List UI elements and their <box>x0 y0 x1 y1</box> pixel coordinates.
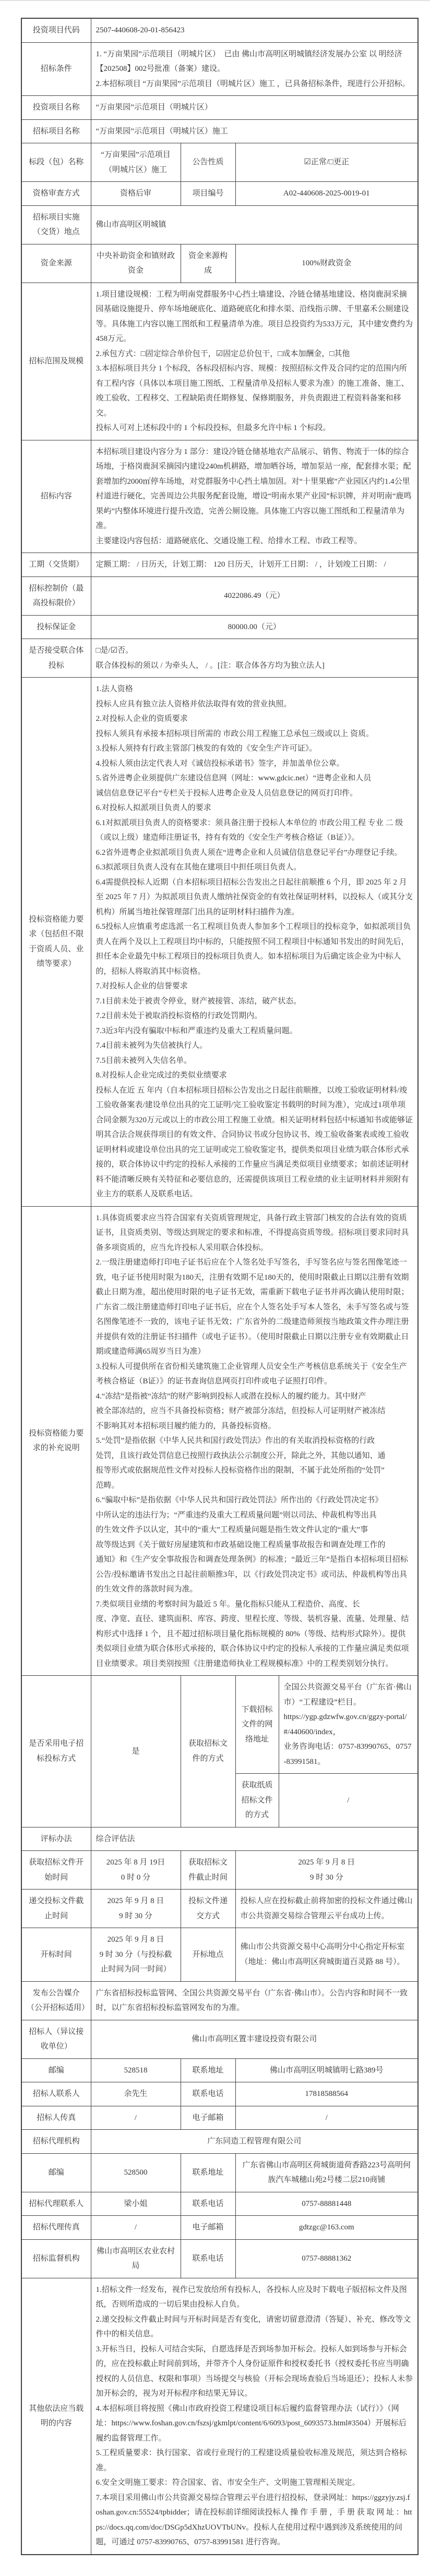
tenderer-contact-label: 联系电话 <box>181 2082 235 2106</box>
tender-content-row: 招标内容本招标项目建设内容分为 1 部分：建设冷链仓储基地农产品展示、销售、物流… <box>21 440 418 553</box>
tenderer-value: 佛山市高明区置丰建设投资有限公司 <box>91 2020 418 2058</box>
tenderer-postcode-value: 佛山市高明区明城镇明七路389号 <box>235 2058 418 2082</box>
document-obtain-time-row: 获取招标文件开始时间2025 年 8 月 19日 0 时 0 分获取招标文件截止… <box>21 1851 418 1890</box>
tenderer-contact-value: 余先生 <box>91 2082 181 2106</box>
agency-fax-label: 招标代理传真 <box>21 2216 91 2240</box>
electronic-bidding-value: 全国公共资源交易平台（广东省·佛山市）“工程建设”栏目。 https://ygp… <box>279 1676 418 1774</box>
tenderer-row: 招标人（异议接收单位）佛山市高明区置丰建设投资有限公司 <box>21 2020 418 2058</box>
bid-security-row: 投标保证金80000.00（元） <box>21 615 418 639</box>
tender-scope-scale-label: 招标范围及规模 <box>21 283 91 440</box>
tender-conditions-value: 1. “万亩果园”示范项目（明城片区） 已由 佛山市高明区明城镇经济发展办公室 … <box>91 42 418 96</box>
tender-agency-row: 招标代理机构广东同造工程管理有限公司 <box>21 2130 418 2154</box>
paper-tender-document-label: 获取纸质招标文件的方式 <box>235 1774 279 1827</box>
tenderer-fax-value: / <box>91 2106 181 2130</box>
page-top-divider <box>0 0 430 1</box>
qualification-review-method-label: 项目编号 <box>181 182 235 206</box>
tender-conditions-row: 招标条件1. “万亩果园”示范项目（明城片区） 已由 佛山市高明区明城镇经济发展… <box>21 42 418 96</box>
bid-opening-value: 佛山市公共资源交易中心高明分中心指定开标室（地址：佛山市高明区荷城街道百灵路 8… <box>235 1928 418 1982</box>
investment-project-name-row: 投资项目名称“万亩果园”示范项目（明城片区） <box>21 96 418 120</box>
qualification-review-method-value: A02-440608-2025-0019-01 <box>235 182 418 206</box>
construction-period-label: 工期（交货期） <box>21 553 91 577</box>
document-obtain-time-value: 2025 年 9 月 8 日 9 时 30 分 <box>235 1851 418 1890</box>
tenderer-contact-row: 招标人联系人余先生联系电话17818588564 <box>21 2082 418 2106</box>
fund-source-label: 资金来源构成 <box>181 244 235 283</box>
bid-section-name-value: ☑正常/□更正 <box>235 143 418 182</box>
bid-section-name-value: “万亩果园”示范项目（明城片区）施工 <box>91 143 181 182</box>
announcement-media-label: 发布公告媒介（公开招标适用） <box>21 1981 91 2020</box>
bid-submission-deadline-row: 递交投标文件截止时间2025 年 9 月 8 日 9 时 30 分投标文件递交方… <box>21 1890 418 1928</box>
agency-contact-row: 招标代理联系人梁小姐联系电话0757-88881448 <box>21 2192 418 2216</box>
bid-submission-deadline-label: 投标文件递交方式 <box>181 1890 235 1928</box>
agency-fax-label: 电子邮箱 <box>181 2216 235 2240</box>
bid-opening-row: 开标时间2025 年 9 月 8 日 9 时 30 分（与投标截止时间为同一时间… <box>21 1928 418 1982</box>
evaluation-method-label: 评标办法 <box>21 1827 91 1851</box>
bid-opening-label: 开标时间 <box>21 1928 91 1982</box>
electronic-bidding-row: 是否采用电子招标投标方式是获取招标文件的方式下载招标文件的网络地址全国公共资源交… <box>21 1676 418 1774</box>
agency-fax-row: 招标代理传真/电子邮箱gdtzgc@163.com <box>21 2216 418 2240</box>
bidder-qualification-requirements-value: 1.法人资格 投标人应具有独立法人资格并依法取得有效的营业执照。 2.对投标人企… <box>91 678 418 1207</box>
agency-contact-value: 梁小姐 <box>91 2192 181 2216</box>
construction-period-value: 定额工期： / 日历天，计划工期： 120 日历天，计划开工日期： / ，计划竣… <box>91 553 418 577</box>
fund-source-row: 资金来源中央补助资金和镇财政资金资金来源构成100%财政资金 <box>21 244 418 283</box>
qualification-review-method-label: 资格审查方式 <box>21 182 91 206</box>
tender-project-name-value: “万亩果园”示范项目（明城片区）施工 <box>91 119 418 143</box>
agency-postcode-row: 邮编528500联系地址广东省佛山市高明区荷城街道荷香路223号高明何族汽车城穗… <box>21 2153 418 2192</box>
qualification-supplementary-notes-label: 投标资格能力要求的补充说明 <box>21 1206 91 1676</box>
qualification-review-method-row: 资格审查方式资格后审项目编号A02-440608-2025-0019-01 <box>21 182 418 206</box>
tender-scope-scale-value: 1.项目建设规模：工程为明南党群服务中心挡土墙建设、冷链仓储基地建设、格岗鹿洞采… <box>91 283 418 440</box>
bid-section-name-label: 标段（包）名称 <box>21 143 91 182</box>
agency-fax-value: gdtzgc@163.com <box>235 2216 418 2240</box>
tender-project-name-label: 招标项目名称 <box>21 119 91 143</box>
agency-postcode-value: 528500 <box>91 2153 181 2192</box>
agency-postcode-label: 联系地址 <box>181 2153 235 2192</box>
investment-project-code-label: 投资项目代码 <box>21 18 91 42</box>
bid-section-name-label: 公告性质 <box>181 143 235 182</box>
supervision-agency-value: 佛山市高明区农业农村局 <box>91 2239 181 2278</box>
tenderer-fax-row: 招标人传真/电子邮箱/ <box>21 2106 418 2130</box>
consortium-accepted-row: 是否接受联合体投标□是/☑否。 联合体投标的须以 / 为牵头人， / 。[注：联… <box>21 639 418 678</box>
bid-security-value: 80000.00（元） <box>91 615 418 639</box>
tender-agency-value: 广东同造工程管理有限公司 <box>91 2130 418 2154</box>
bid-opening-value: 2025 年 9 月 8 日 9 时 30 分（与投标截止时间为同一时间） <box>91 1928 181 1982</box>
investment-project-name-label: 投资项目名称 <box>21 96 91 120</box>
announcement-media-value: 广东省招标投标监管网、全国公共资源交易平台（广东省·佛山市）。公告内容和时间不一… <box>91 1981 418 2020</box>
tenderer-postcode-label: 联系地址 <box>181 2058 235 2082</box>
project-location-row: 招标项目实施（交货）地点佛山市高明区明城镇 <box>21 205 418 244</box>
investment-project-code-row: 投资项目代码2507-440608-20-01-856423 <box>21 18 418 42</box>
qualification-review-method-value: 资格后审 <box>91 182 181 206</box>
consortium-accepted-value: □是/☑否。 联合体投标的须以 / 为牵头人， / 。[注：联合体各方均为独立法… <box>91 639 418 678</box>
announcement-media-row: 发布公告媒介（公开招标适用）广东省招标投标监管网、全国公共资源交易平台（广东省·… <box>21 1981 418 2020</box>
tender-content-label: 招标内容 <box>21 440 91 553</box>
supervision-agency-label: 招标监督机构 <box>21 2239 91 2278</box>
investment-project-name-value: “万亩果园”示范项目（明城片区） <box>91 96 418 120</box>
announcement-table: 投资项目代码2507-440608-20-01-856423招标条件1. “万亩… <box>21 18 419 2555</box>
bidder-qualification-requirements-row: 投标资格能力要求（包括但不限于资质人员、业绩等要求）1.法人资格 投标人应具有独… <box>21 678 418 1207</box>
tender-control-price-label: 招标控制价（最高投标限价） <box>21 576 91 615</box>
evaluation-method-value: 综合评估法 <box>91 1827 418 1851</box>
agency-contact-value: 0757-88881448 <box>235 2192 418 2216</box>
tenderer-fax-label: 电子邮箱 <box>181 2106 235 2130</box>
other-legal-content-label: 其他依法应当载明的内容 <box>21 2278 91 2555</box>
project-location-value: 佛山市高明区明城镇 <box>91 205 418 244</box>
electronic-bidding-label: 获取招标文件的方式 <box>181 1676 235 1827</box>
paper-tender-document-value: / <box>279 1774 418 1827</box>
bid-opening-label: 开标地点 <box>181 1928 235 1982</box>
tender-agency-label: 招标代理机构 <box>21 2130 91 2154</box>
tenderer-contact-label: 招标人联系人 <box>21 2082 91 2106</box>
fund-source-value: 中央补助资金和镇财政资金 <box>91 244 181 283</box>
tender-scope-scale-row: 招标范围及规模1.项目建设规模：工程为明南党群服务中心挡土墙建设、冷链仓储基地建… <box>21 283 418 440</box>
electronic-bidding-label: 下载招标文件的网络地址 <box>235 1676 279 1774</box>
document-obtain-time-label: 获取招标文件开始时间 <box>21 1851 91 1890</box>
tender-project-name-row: 招标项目名称“万亩果园”示范项目（明城片区）施工 <box>21 119 418 143</box>
consortium-accepted-label: 是否接受联合体投标 <box>21 639 91 678</box>
bid-submission-deadline-value: 投标人应在投标截止前将加密的投标文件通过佛山市公共资源交易综合管理云平台成功上传… <box>235 1890 418 1928</box>
other-legal-content-value: 1.招标文件一经发布，视作已发放给所有投标人，各投标人应及时下载电子版招标文件及… <box>91 2278 418 2555</box>
tenderer-label: 招标人（异议接收单位） <box>21 2020 91 2058</box>
qualification-supplementary-notes-row: 投标资格能力要求的补充说明1.具体资质要求应当符合国家有关资质管理规定，具备行政… <box>21 1206 418 1676</box>
supervision-agency-label: 联系电话 <box>181 2239 235 2278</box>
tenderer-postcode-value: 528518 <box>91 2058 181 2082</box>
construction-period-row: 工期（交货期）定额工期： / 日历天，计划工期： 120 日历天，计划开工日期：… <box>21 553 418 577</box>
tenderer-postcode-label: 邮编 <box>21 2058 91 2082</box>
evaluation-method-row: 评标办法综合评估法 <box>21 1827 418 1851</box>
investment-project-code-value: 2507-440608-20-01-856423 <box>91 18 418 42</box>
document-obtain-time-value: 2025 年 8 月 19日 0 时 0 分 <box>91 1851 181 1890</box>
agency-contact-label: 联系电话 <box>181 2192 235 2216</box>
tender-control-price-value: 4022086.49（元） <box>91 576 418 615</box>
fund-source-value: 100%财政资金 <box>235 244 418 283</box>
agency-contact-label: 招标代理联系人 <box>21 2192 91 2216</box>
tenderer-contact-value: 17818588564 <box>235 2082 418 2106</box>
qualification-supplementary-notes-value: 1.具体资质要求应当符合国家有关资质管理规定，具备行政主管部门核发的合法有效的资… <box>91 1206 418 1676</box>
agency-postcode-label: 邮编 <box>21 2153 91 2192</box>
supervision-agency-value: 0757-88881362 <box>235 2239 418 2278</box>
tender-content-value: 本招标项目建设内容分为 1 部分：建设冷链仓储基地农产品展示、销售、物流于一体的… <box>91 440 418 553</box>
tender-conditions-label: 招标条件 <box>21 42 91 96</box>
electronic-bidding-value: 是 <box>91 1676 181 1827</box>
other-legal-content-row: 其他依法应当载明的内容1.招标文件一经发布，视作已发放给所有投标人，各投标人应及… <box>21 2278 418 2555</box>
announcement-table-body: 投资项目代码2507-440608-20-01-856423招标条件1. “万亩… <box>21 18 418 2555</box>
tender-control-price-row: 招标控制价（最高投标限价）4022086.49（元） <box>21 576 418 615</box>
tenderer-postcode-row: 邮编528518联系地址佛山市高明区明城镇明七路389号 <box>21 2058 418 2082</box>
bid-submission-deadline-value: 2025 年 9 月 8 日 9 时 30 分 <box>91 1890 181 1928</box>
agency-fax-value: / <box>91 2216 181 2240</box>
bid-security-label: 投标保证金 <box>21 615 91 639</box>
tenderer-fax-label: 招标人传真 <box>21 2106 91 2130</box>
bidder-qualification-requirements-label: 投标资格能力要求（包括但不限于资质人员、业绩等要求） <box>21 678 91 1207</box>
fund-source-label: 资金来源 <box>21 244 91 283</box>
document-obtain-time-label: 获取招标文件截止时间 <box>181 1851 235 1890</box>
bid-submission-deadline-label: 递交投标文件截止时间 <box>21 1890 91 1928</box>
electronic-bidding-label: 是否采用电子招标投标方式 <box>21 1676 91 1827</box>
bid-section-name-row: 标段（包）名称“万亩果园”示范项目（明城片区）施工公告性质☑正常/□更正 <box>21 143 418 182</box>
tenderer-fax-value: / <box>235 2106 418 2130</box>
project-location-label: 招标项目实施（交货）地点 <box>21 205 91 244</box>
supervision-agency-row: 招标监督机构佛山市高明区农业农村局联系电话0757-88881362 <box>21 2239 418 2278</box>
agency-postcode-value: 广东省佛山市高明区荷城街道荷香路223号高明何族汽车城穗山苑2号楼二层210商铺 <box>235 2153 418 2192</box>
